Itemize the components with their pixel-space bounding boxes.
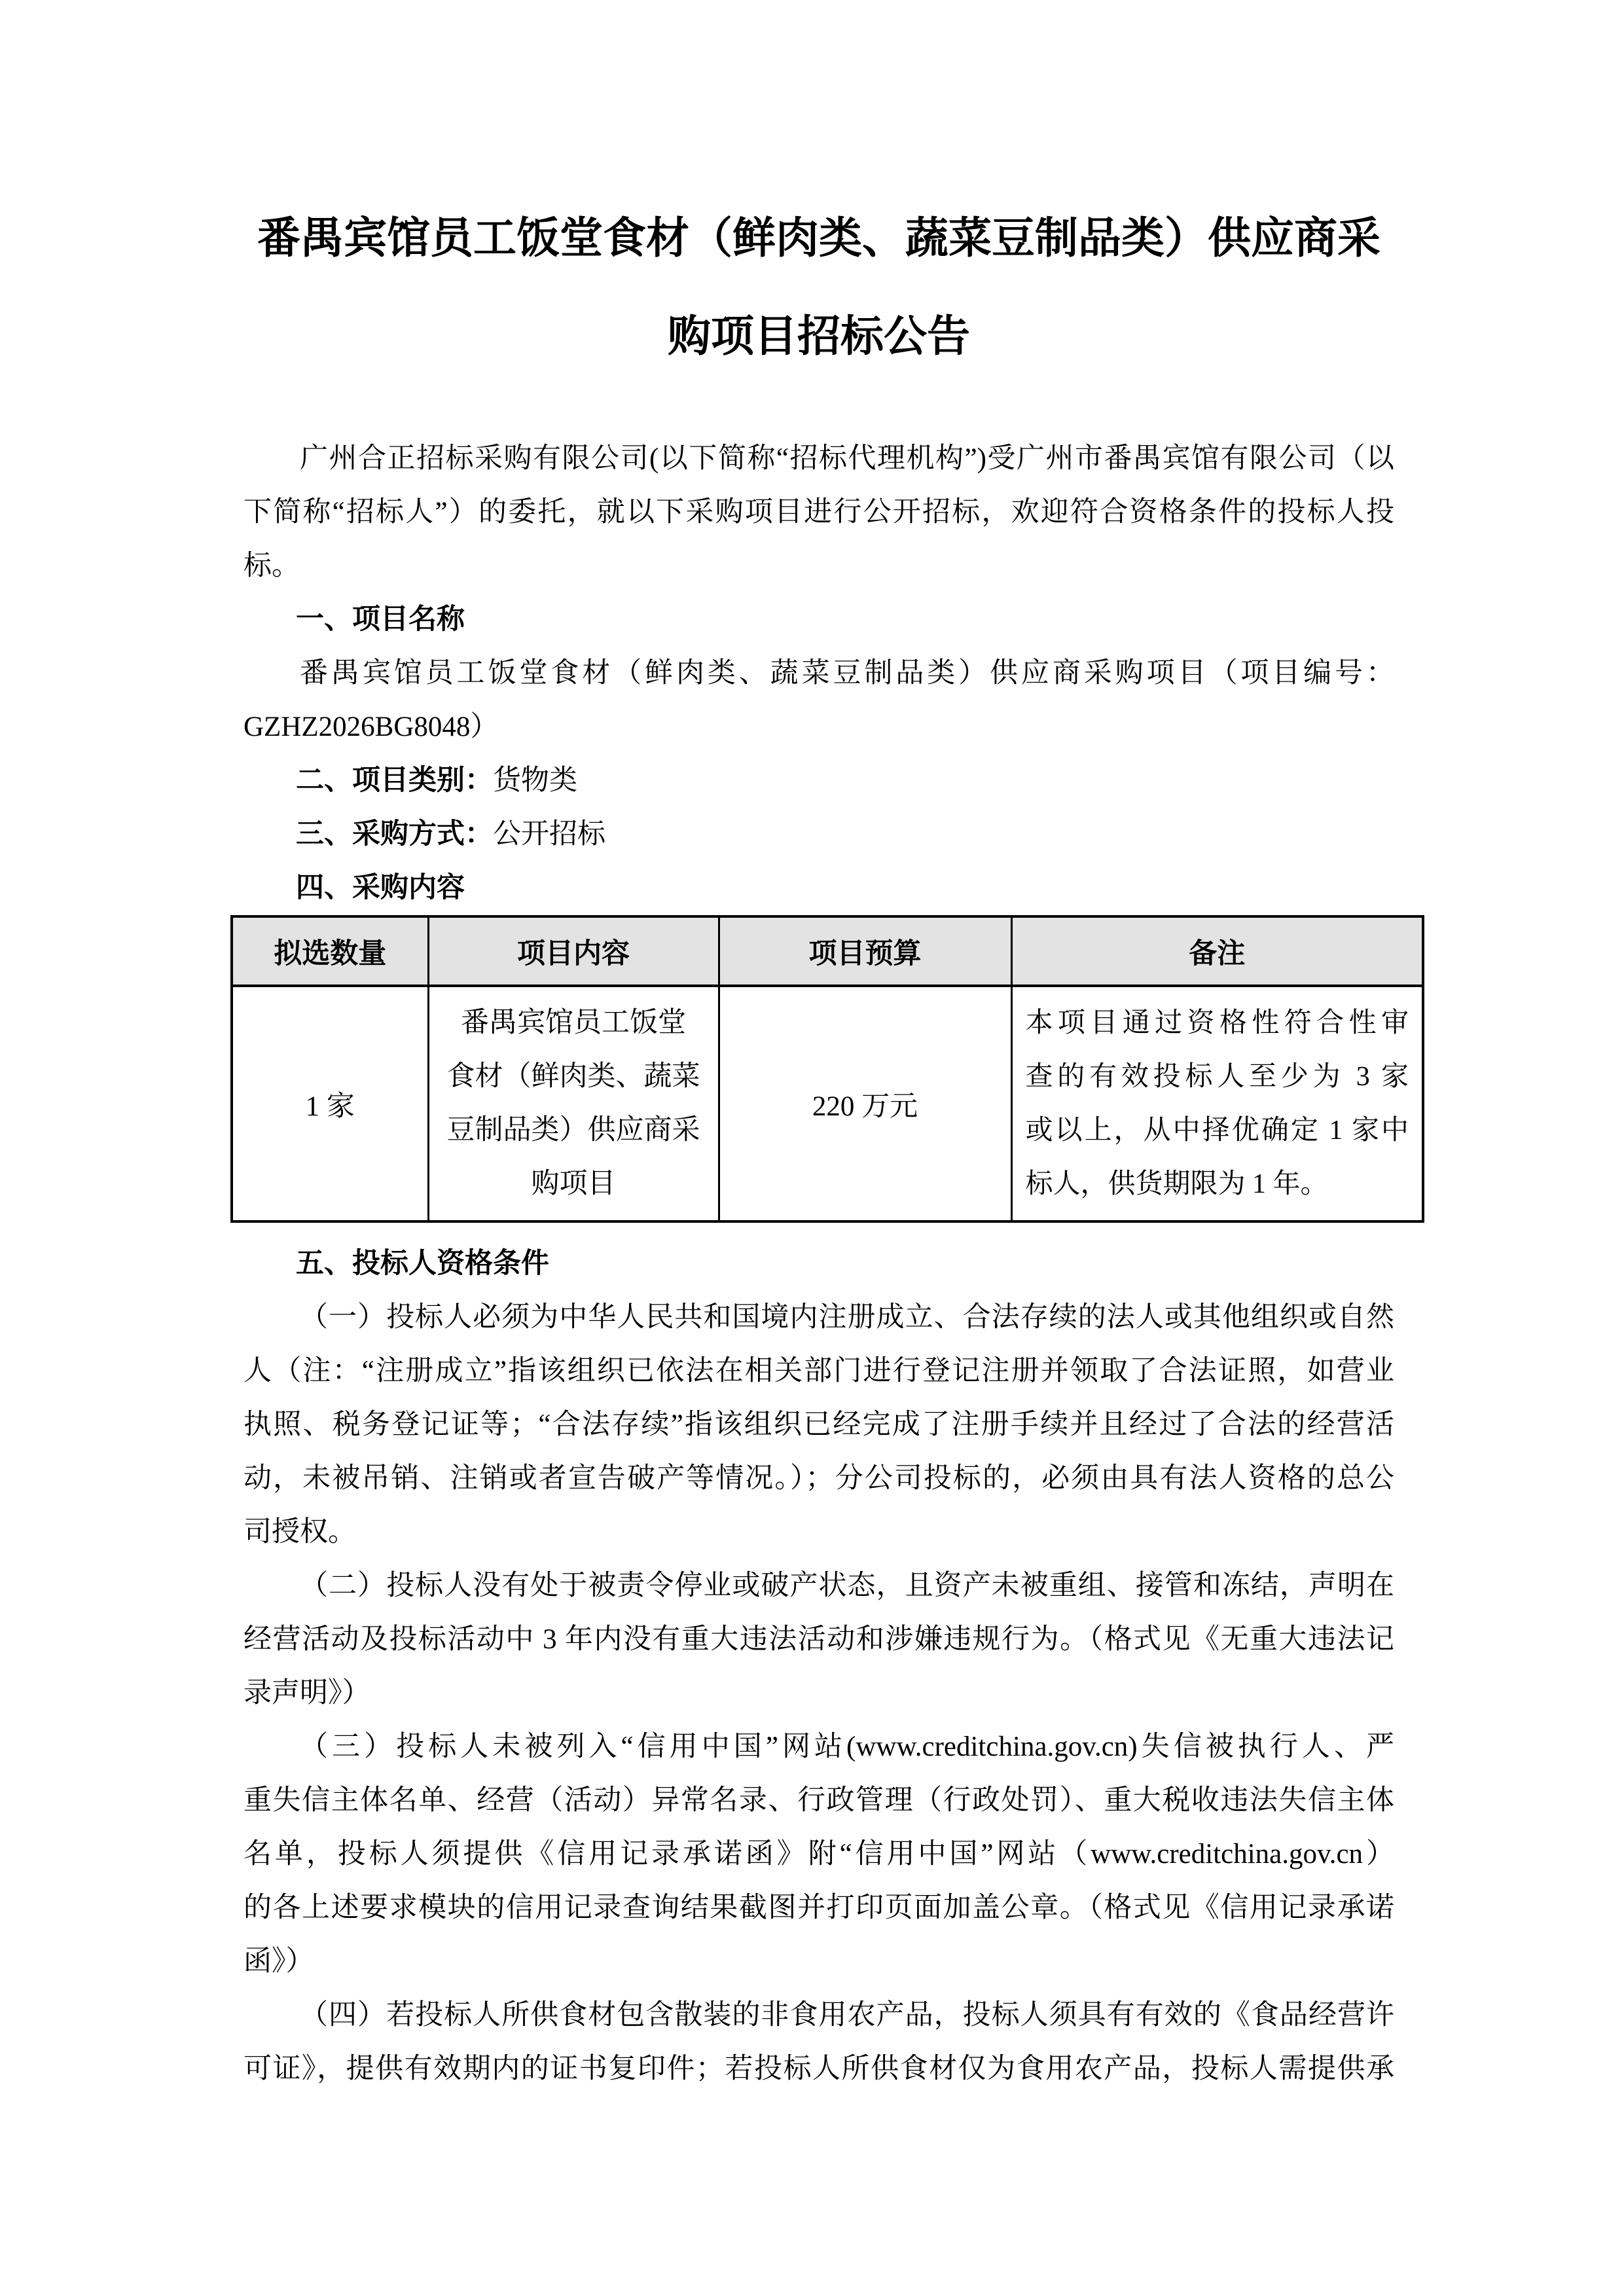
section-5-heading: 五、投标人资格条件	[244, 1237, 1394, 1291]
title-line-2: 购项目招标公告	[244, 288, 1394, 386]
text-line: 重失信主体名单、经营（活动）异常名录、行政管理（行政处罚）、重大税收违法失信主体	[244, 1774, 1394, 1828]
header-cell-quantity: 拟选数量	[232, 916, 428, 986]
section-3-value: 公开招标	[493, 819, 605, 850]
section-3-heading: 三、采购方式：公开招标	[244, 808, 1394, 861]
text-line: 名单，投标人须提供《信用记录承诺函》附“信用中国”网站（www.creditch…	[244, 1828, 1394, 1881]
document-content: 番禺宾馆员工饭堂食材（鲜肉类、蔬菜豆制品类）供应商采 购项目招标公告 广州合正招…	[0, 190, 1394, 2096]
text-line: 食材（鲜肉类、蔬菜	[429, 1050, 718, 1104]
text-line: 本项目通过资格性符合性审	[1026, 996, 1409, 1050]
text-line: 人（注：“注册成立”指该组织已依法在相关部门进行登记注册并领取了合法证照，如营业	[244, 1345, 1394, 1398]
text-line: （二）投标人没有处于被责令停业或破产状态，且资产未被重组、接管和冻结，声明在	[244, 1559, 1394, 1613]
text-line: （三）投标人未被列入“信用中国”网站(www.creditchina.gov.c…	[244, 1720, 1394, 1774]
table-header-row: 拟选数量 项目内容 项目预算 备注	[232, 916, 1423, 986]
text-line: 录声明》）	[244, 1667, 1394, 1720]
text-line: 查的有效投标人至少为 3 家	[1026, 1050, 1409, 1104]
section-2-label: 二、项目类别：	[296, 765, 493, 796]
text-line: 或以上，从中择优确定 1 家中	[1026, 1104, 1409, 1157]
text-line: 番禺宾馆员工饭堂	[429, 996, 718, 1050]
document-title: 番禺宾馆员工饭堂食材（鲜肉类、蔬菜豆制品类）供应商采 购项目招标公告	[244, 190, 1394, 386]
remark-cell: 本项目通过资格性符合性审 查的有效投标人至少为 3 家 或以上，从中择优确定 1…	[1011, 986, 1423, 1221]
qualification-paragraph-2: （二）投标人没有处于被责令停业或破产状态，且资产未被重组、接管和冻结，声明在 经…	[244, 1559, 1394, 1720]
title-line-1: 番禺宾馆员工饭堂食材（鲜肉类、蔬菜豆制品类）供应商采	[244, 190, 1394, 288]
text-line: 函》）	[244, 1935, 1394, 1989]
document-page: 番禺宾馆员工饭堂食材（鲜肉类、蔬菜豆制品类）供应商采 购项目招标公告 广州合正招…	[0, 0, 1624, 2295]
section-2-heading: 二、项目类别：货物类	[244, 754, 1394, 808]
budget-cell: 220 万元	[719, 986, 1011, 1221]
project-number-line: GZHZ2026BG8048）	[244, 700, 1394, 754]
section-4-heading: 四、采购内容	[244, 861, 1394, 915]
text-line: 标。	[244, 539, 1394, 593]
section-3-label: 三、采购方式：	[296, 819, 493, 850]
intro-paragraph: 广州合正招标采购有限公司(以下简称“招标代理机构”)受广州市番禺宾馆有限公司（以…	[244, 432, 1394, 593]
text-line: 动，未被吊销、注销或者宣告破产等情况。）；分公司投标的，必须由具有法人资格的总公	[244, 1452, 1394, 1506]
text-line: 标人，供货期限为 1 年。	[1026, 1157, 1409, 1211]
header-cell-budget: 项目预算	[719, 916, 1011, 986]
table-row: 1 家 番禺宾馆员工饭堂 食材（鲜肉类、蔬菜 豆制品类）供应商采 购项目 220…	[232, 986, 1423, 1221]
procurement-table: 拟选数量 项目内容 项目预算 备注 1 家 番禺宾馆员工饭堂 食材（鲜肉类、蔬菜…	[230, 915, 1424, 1223]
text-line: 广州合正招标采购有限公司(以下简称“招标代理机构”)受广州市番禺宾馆有限公司（以	[244, 432, 1394, 486]
text-line: 豆制品类）供应商采	[429, 1104, 718, 1157]
text-line: （四）若投标人所供食材包含散装的非食用农产品，投标人须具有有效的《食品经营许	[244, 1989, 1394, 2042]
qualification-paragraph-1: （一）投标人必须为中华人民共和国境内注册成立、合法存续的法人或其他组织或自然 人…	[244, 1291, 1394, 1559]
text-line: （一）投标人必须为中华人民共和国境内注册成立、合法存续的法人或其他组织或自然	[244, 1291, 1394, 1345]
qualification-paragraph-4: （四）若投标人所供食材包含散装的非食用农产品，投标人须具有有效的《食品经营许 可…	[244, 1989, 1394, 2096]
header-cell-remark: 备注	[1011, 916, 1423, 986]
quantity-cell: 1 家	[232, 986, 428, 1221]
content-cell: 番禺宾馆员工饭堂 食材（鲜肉类、蔬菜 豆制品类）供应商采 购项目	[428, 986, 719, 1221]
text-line: 番禺宾馆员工饭堂食材（鲜肉类、蔬菜豆制品类）供应商采购项目（项目编号：	[244, 647, 1394, 700]
text-line: 经营活动及投标活动中 3 年内没有重大违法活动和涉嫌违规行为。（格式见《无重大违…	[244, 1613, 1394, 1667]
header-cell-content: 项目内容	[428, 916, 719, 986]
section-2-value: 货物类	[493, 765, 577, 796]
text-line: 执照、税务登记证等；“合法存续”指该组织已经完成了注册手续并且经过了合法的经营活	[244, 1398, 1394, 1452]
text-line: 可证》，提供有效期内的证书复印件；若投标人所供食材仅为食用农产品，投标人需提供承	[244, 2042, 1394, 2096]
text-line: 司授权。	[244, 1506, 1394, 1559]
qualification-paragraph-3: （三）投标人未被列入“信用中国”网站(www.creditchina.gov.c…	[244, 1720, 1394, 1989]
section-1-heading: 一、项目名称	[244, 593, 1394, 647]
text-line: 下简称“招标人”）的委托，就以下采购项目进行公开招标，欢迎符合资格条件的投标人投	[244, 486, 1394, 539]
text-line: 购项目	[429, 1157, 718, 1211]
text-line: 的各上述要求模块的信用记录查询结果截图并打印页面加盖公章。（格式见《信用记录承诺	[244, 1881, 1394, 1935]
